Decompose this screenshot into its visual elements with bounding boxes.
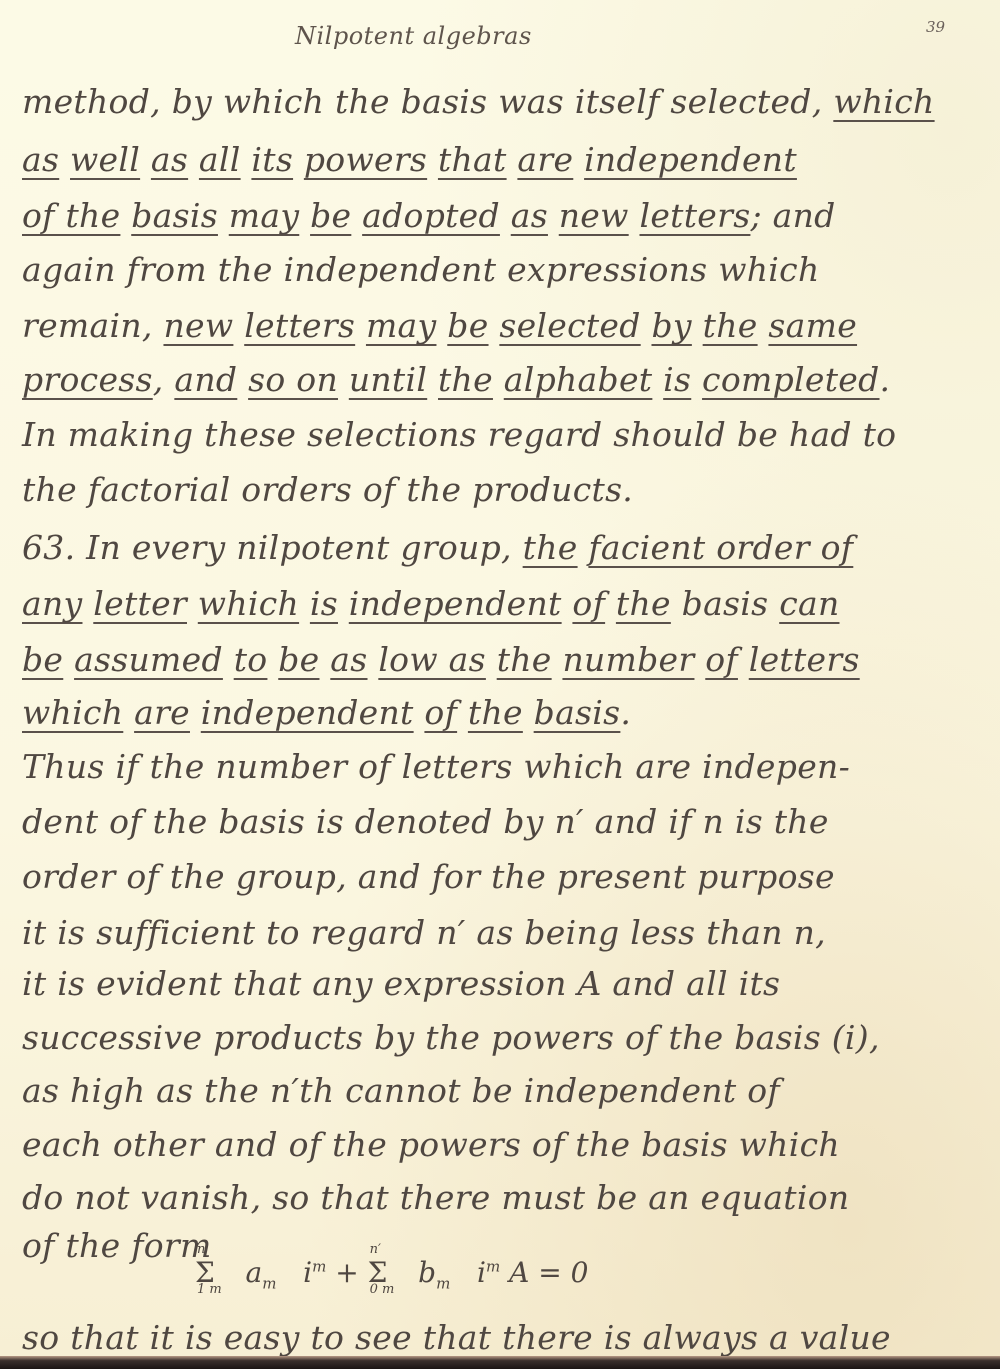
text-segment: [691, 360, 702, 399]
page-header-title: Nilpotent algebras: [295, 22, 532, 50]
text-line: do not vanish, so that there must be an …: [22, 1178, 849, 1218]
scan-bottom-edge: [0, 1356, 1000, 1369]
equals-zero: = 0: [538, 1256, 588, 1289]
text-segment: [320, 640, 331, 679]
text-segment: In making these selections regard should…: [22, 415, 896, 454]
underlined-word: the: [438, 360, 493, 399]
underlined-word: basis: [131, 196, 218, 235]
summation-1: n Σ 1 m: [195, 1256, 215, 1289]
text-segment: ; and: [750, 196, 835, 235]
text-segment: [190, 693, 201, 732]
underlined-word: which: [198, 584, 299, 623]
text-line: order of the group, and for the present …: [22, 857, 835, 897]
underlined-word: be: [447, 306, 488, 345]
text-segment: [267, 640, 278, 679]
underlined-word: are: [134, 693, 190, 732]
underlined-word: independent: [201, 693, 414, 732]
text-segment: [629, 196, 640, 235]
underlined-word: of: [705, 640, 738, 679]
text-line: again from the independent expressions w…: [22, 250, 820, 290]
term1-coef-subscript: m: [262, 1275, 276, 1293]
underlined-word: letters: [749, 640, 860, 679]
underlined-word: be: [278, 640, 319, 679]
text-line: Thus if the number of letters which are …: [22, 747, 850, 787]
text-segment: again from the independent expressions w…: [22, 250, 820, 289]
text-line: dent of the basis is denoted by n′ and i…: [22, 802, 829, 842]
underlined-word: low as: [378, 640, 486, 679]
underlined-word: letters: [639, 196, 750, 235]
text-segment: [299, 584, 310, 623]
text-segment: [140, 140, 151, 179]
text-segment: [738, 640, 749, 679]
text-segment: [293, 140, 304, 179]
sum2-upper-limit: n′: [370, 1242, 381, 1257]
text-segment: [692, 306, 703, 345]
underlined-word: that: [438, 140, 507, 179]
text-line: successive products by the powers of the…: [22, 1018, 880, 1058]
underlined-word: is: [663, 360, 691, 399]
text-line: of the basis may be adopted as new lette…: [22, 196, 836, 236]
text-line: remain, new letters may be selected by t…: [22, 306, 857, 346]
text-segment: [355, 306, 366, 345]
underlined-word: by: [651, 306, 691, 345]
text-segment: each other and of the powers of the basi…: [22, 1125, 840, 1164]
text-segment: [233, 306, 244, 345]
text-segment: order of the group, and for the present …: [22, 857, 835, 896]
summation-2: n′ Σ 0 m: [368, 1256, 388, 1289]
text-segment: of the form: [22, 1226, 212, 1265]
text-segment: [187, 584, 198, 623]
text-line: 63. In every nilpotent group, the facien…: [22, 528, 853, 568]
text-line: method, by which the basis was itself se…: [22, 82, 935, 122]
text-segment: [63, 640, 74, 679]
sum1-lower-limit: 1 m: [197, 1282, 222, 1297]
text-segment: [123, 693, 134, 732]
text-segment: [414, 693, 425, 732]
term2-exponent: m: [486, 1258, 500, 1276]
underlined-word: are: [517, 140, 573, 179]
term1-coefficient: a: [246, 1256, 263, 1289]
underlined-word: assumed: [74, 640, 223, 679]
underlined-word: number: [562, 640, 694, 679]
sum2-lower-limit: 0 m: [370, 1282, 395, 1297]
text-segment: [552, 640, 563, 679]
text-segment: the factorial orders of the products.: [22, 470, 633, 509]
underlined-word: facient order of: [588, 528, 853, 567]
text-segment: [768, 584, 779, 623]
text-line: which are independent of the basis.: [22, 693, 631, 733]
text-segment: [605, 584, 616, 623]
underlined-word: its: [251, 140, 293, 179]
underlined-word: same: [768, 306, 857, 345]
underlined-word: independent: [584, 140, 797, 179]
underlined-word: the: [616, 584, 671, 623]
text-segment: .: [620, 693, 631, 732]
underlined-word: any: [22, 584, 82, 623]
text-line: it is sufficient to regard n′ as being l…: [22, 913, 826, 953]
text-segment: method, by which the basis was itself se…: [22, 82, 833, 121]
text-segment: [299, 196, 310, 235]
underlined-word: to: [234, 640, 268, 679]
text-segment: [427, 360, 438, 399]
text-line: of the form: [22, 1226, 212, 1266]
text-segment: [523, 693, 534, 732]
text-segment: basis: [682, 584, 769, 623]
text-segment: [671, 584, 682, 623]
text-line: the factorial orders of the products.: [22, 470, 633, 510]
underlined-word: the: [468, 693, 523, 732]
underlined-word: may: [229, 196, 300, 235]
text-line: In making these selections regard should…: [22, 415, 896, 455]
text-segment: [368, 640, 379, 679]
underlined-word: letters: [244, 306, 355, 345]
text-segment: [457, 693, 468, 732]
text-segment: [573, 140, 584, 179]
underlined-word: of: [424, 693, 457, 732]
underlined-word: can: [779, 584, 839, 623]
final-text-line: so that it is easy to see that there is …: [22, 1318, 891, 1358]
underlined-word: which: [22, 693, 123, 732]
underlined-word: may: [366, 306, 437, 345]
text-segment: [548, 196, 559, 235]
text-segment: [500, 196, 511, 235]
underlined-word: process: [22, 360, 153, 399]
term1-exponent: m: [312, 1258, 326, 1276]
text-segment: 63. In every nilpotent group,: [22, 528, 523, 567]
term2-coefficient: b: [418, 1256, 436, 1289]
text-segment: [218, 196, 229, 235]
underlined-word: letter: [93, 584, 187, 623]
text-segment: as high as the n′th cannot be independen…: [22, 1071, 780, 1110]
page-number: 39: [926, 18, 945, 36]
text-segment: [562, 584, 573, 623]
underlined-word: of: [572, 584, 605, 623]
text-segment: [493, 360, 504, 399]
text-segment: [223, 640, 234, 679]
text-line: it is evident that any expression A and …: [22, 964, 780, 1004]
text-line: as well as all its powers that are indep…: [22, 140, 797, 180]
underlined-word: until: [349, 360, 427, 399]
text-line: process, and so on until the alphabet is…: [22, 360, 890, 400]
term2-coef-subscript: m: [436, 1275, 450, 1293]
underlined-word: as: [511, 196, 548, 235]
term1-base: i: [303, 1256, 312, 1289]
underlined-word: which: [833, 82, 934, 121]
underlined-word: new: [559, 196, 629, 235]
text-segment: [338, 360, 349, 399]
underlined-word: basis: [534, 693, 621, 732]
text-line: be assumed to be as low as the number of…: [22, 640, 860, 680]
plus-sign: +: [335, 1256, 358, 1289]
underlined-word: independent: [349, 584, 562, 623]
text-segment: [758, 306, 769, 345]
manuscript-page: Nilpotent algebras 39 method, by which t…: [0, 0, 1000, 1360]
text-segment: [427, 140, 438, 179]
underlined-word: new: [163, 306, 233, 345]
underlined-word: alphabet: [504, 360, 653, 399]
underlined-word: all: [199, 140, 241, 179]
text-line: as high as the n′th cannot be independen…: [22, 1071, 780, 1111]
sum1-upper-limit: n: [197, 1242, 205, 1257]
underlined-word: is: [310, 584, 338, 623]
underlined-word: selected: [499, 306, 640, 345]
text-segment: do not vanish, so that there must be an …: [22, 1178, 849, 1217]
text-segment: [436, 306, 447, 345]
text-segment: remain,: [22, 306, 163, 345]
underlined-word: as: [151, 140, 188, 179]
text-segment: it is evident that any expression A and …: [22, 964, 780, 1003]
underlined-word: so on: [248, 360, 338, 399]
text-segment: [486, 640, 497, 679]
text-segment: [120, 196, 131, 235]
underlined-word: be: [22, 640, 63, 679]
text-segment: .: [880, 360, 891, 399]
underlined-word: the: [523, 528, 578, 567]
text-segment: [489, 306, 500, 345]
text-segment: [641, 306, 652, 345]
underlined-word: the: [703, 306, 758, 345]
underlined-word: of the: [22, 196, 120, 235]
underlined-word: adopted: [362, 196, 500, 235]
text-segment: dent of the basis is denoted by n′ and i…: [22, 802, 829, 841]
underlined-word: powers: [304, 140, 427, 179]
underlined-word: well: [70, 140, 140, 179]
underlined-word: the: [497, 640, 552, 679]
text-segment: [652, 360, 663, 399]
text-segment: [694, 640, 705, 679]
text-segment: [338, 584, 349, 623]
underlined-word: completed: [702, 360, 879, 399]
text-line: each other and of the powers of the basi…: [22, 1125, 840, 1165]
text-segment: ,: [153, 360, 175, 399]
text-segment: it is sufficient to regard n′ as being l…: [22, 913, 826, 952]
text-segment: [351, 196, 362, 235]
text-segment: [507, 140, 518, 179]
text-segment: successive products by the powers of the…: [22, 1018, 880, 1057]
text-segment: Thus if the number of letters which are …: [22, 747, 850, 786]
underlined-word: as: [22, 140, 59, 179]
text-segment: [241, 140, 252, 179]
text-segment: [59, 140, 70, 179]
equation: n Σ 1 m am im + n′ Σ 0 m bm im A = 0: [195, 1256, 588, 1293]
text-segment: [578, 528, 589, 567]
underlined-word: and: [174, 360, 237, 399]
text-segment: [188, 140, 199, 179]
underlined-word: be: [310, 196, 351, 235]
term2-base: i: [477, 1256, 486, 1289]
underlined-word: as: [330, 640, 367, 679]
text-segment: [237, 360, 248, 399]
text-line: any letter which is independent of the b…: [22, 584, 840, 624]
term2-variable: A: [509, 1256, 529, 1289]
text-segment: [82, 584, 93, 623]
